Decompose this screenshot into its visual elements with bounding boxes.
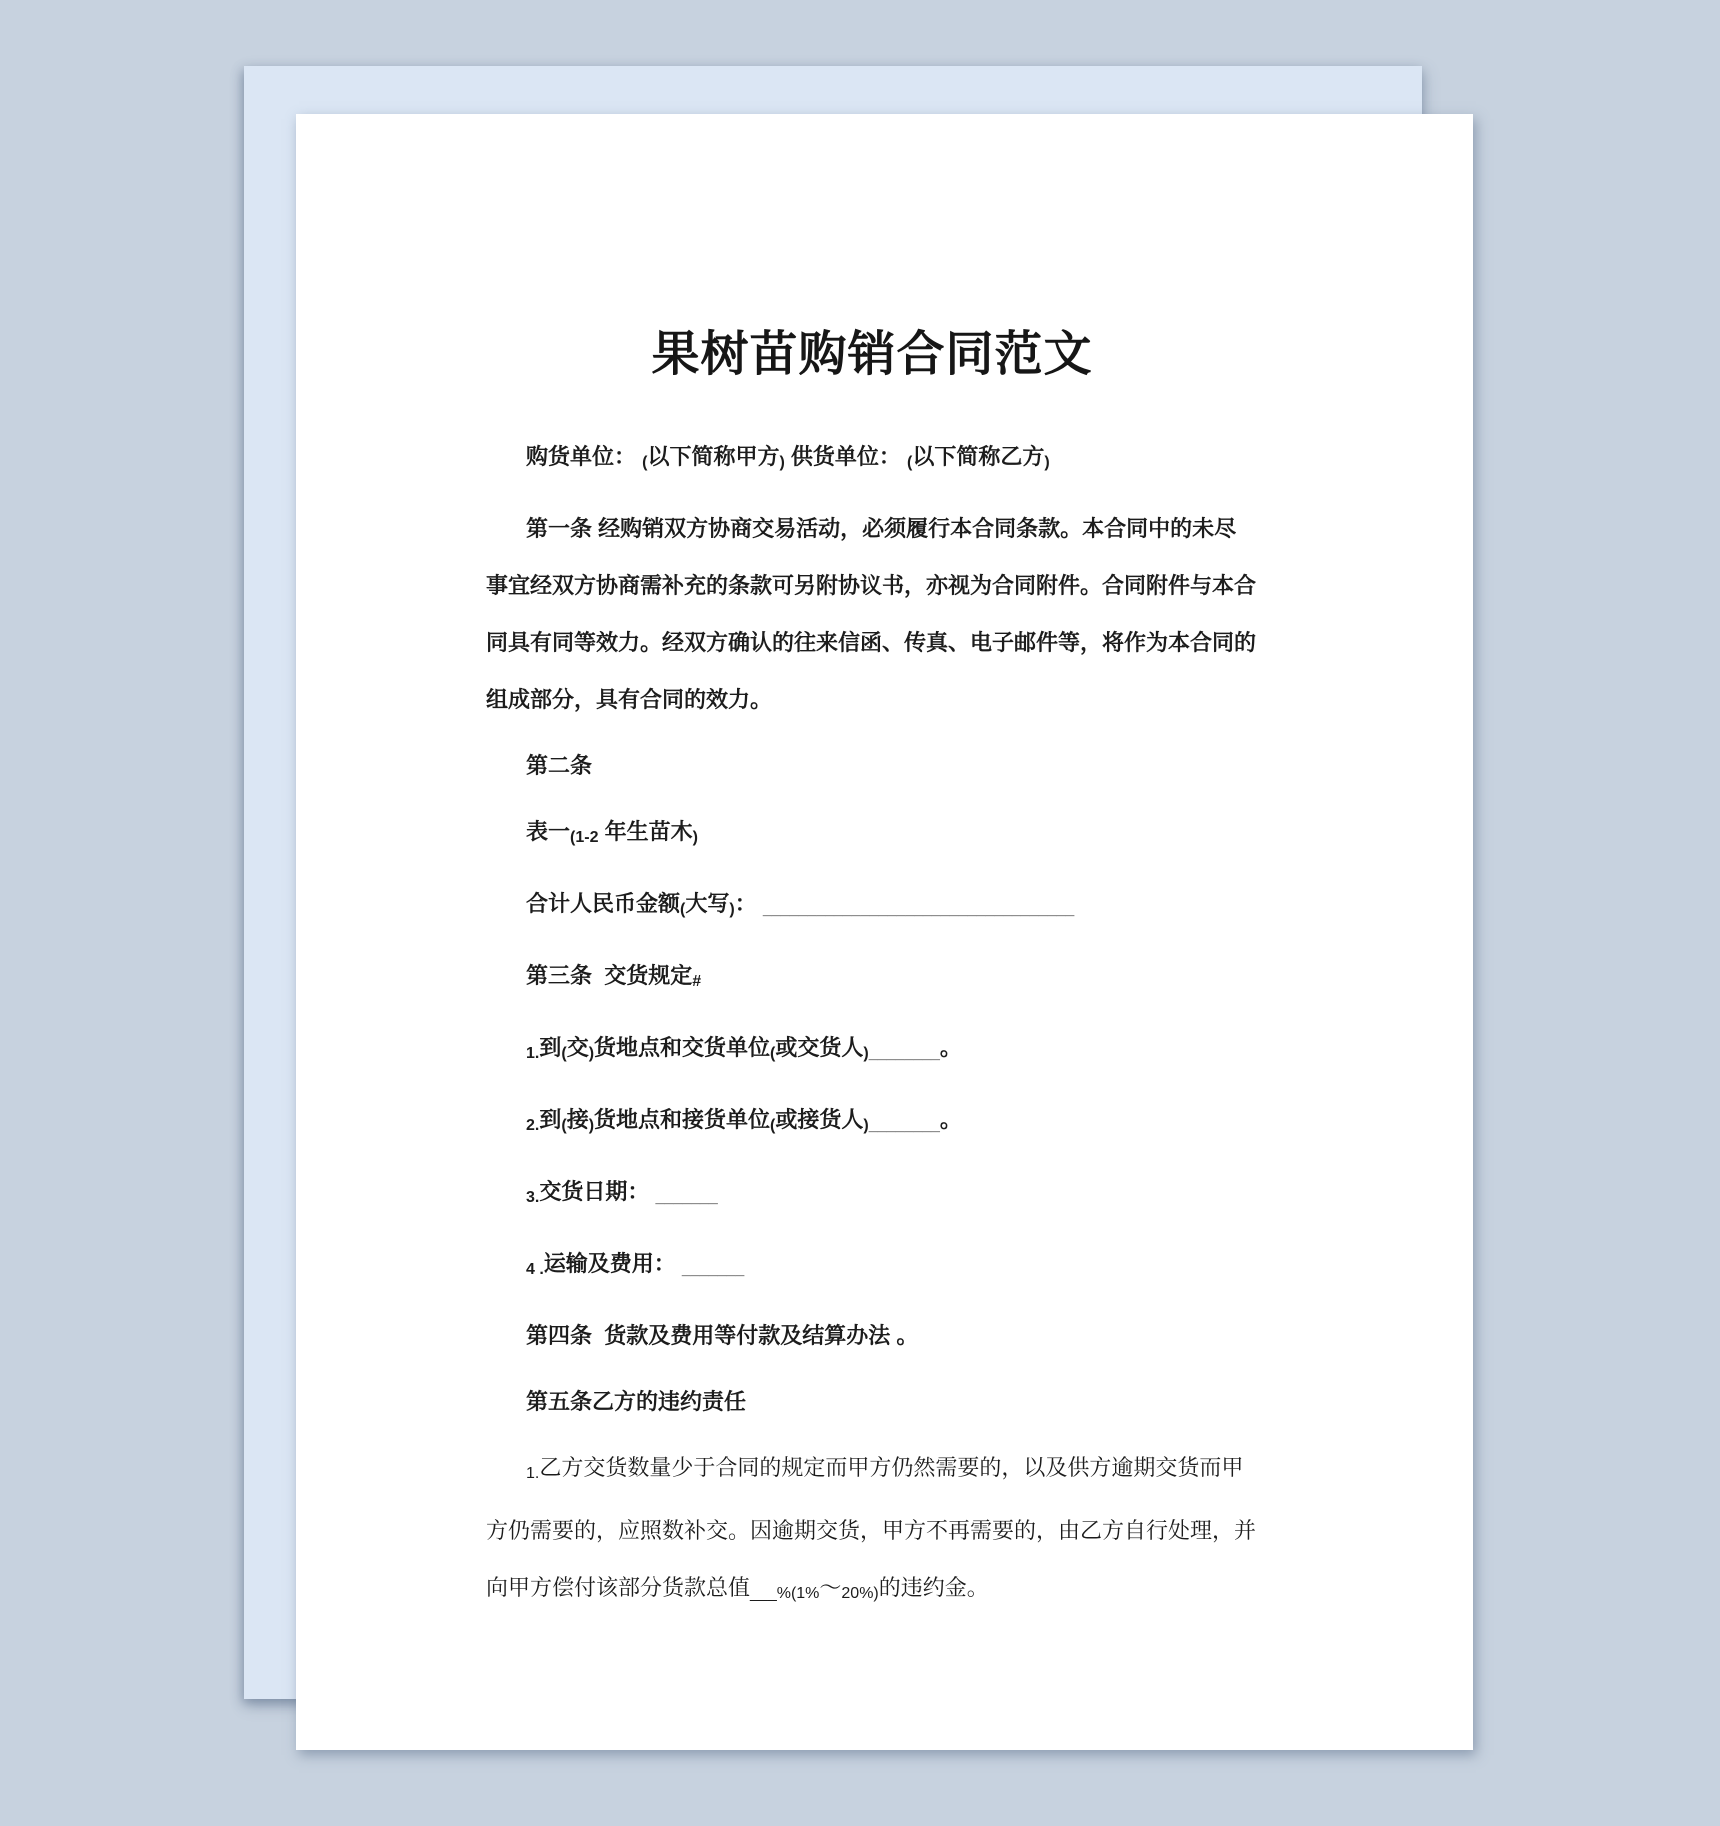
article-5: 第五条乙方的违约责任 [486,1373,1258,1430]
delivery-item-4: 4 .运输及费用： _______ [486,1235,1258,1298]
cjk-text-run: 到 [539,1107,561,1132]
ascii-text-run: 1. [526,1045,539,1062]
cjk-text-run: 货地点和接货单位 [594,1107,770,1132]
cjk-text-run: 组成部分，具有合同的效力。 [486,687,772,712]
cjk-text-run: 的违约金。 [879,1575,989,1600]
ascii-text-run: ________ [869,1117,940,1134]
cjk-text-run: 交 [567,1035,589,1060]
cjk-text-run: 购货单位： [526,444,642,469]
ascii-text-run: ) [693,829,698,846]
cjk-text-run: 或接货人 [775,1107,863,1132]
cjk-text-run: 第四条 货款及费用等付款及结算办法 。 [526,1323,918,1348]
document-line: 表一(1-2 年生苗木) [486,803,1258,866]
document-title: 果树苗购销合同范文 [486,325,1258,385]
parties-line: 购货单位： (以下简称甲方) 供货单位： (以下简称乙方) [486,428,1258,491]
delivery-item-3: 3.交货日期： _______ [486,1163,1258,1226]
cjk-text-run: 合计人民币金额 [526,891,680,916]
ascii-text-run: ________ [869,1045,940,1062]
table-1-label: 表一(1-2 年生苗木) [486,803,1258,866]
cjk-text-run: 接 [567,1107,589,1132]
ascii-text-run: ___%(1% [750,1585,819,1602]
cjk-text-run: 同具有同等效力。经双方确认的往来信函、传真、电子邮件等，将作为本合同的 [486,630,1256,655]
breach-clause: 1.乙方交货数量少于合同的规定而甲方仍然需要的，以及供方逾期交货而甲方仍需要的，… [486,1439,1258,1622]
document-line: 1.到(交)货地点和交货单位(或交货人)________。 [486,1019,1258,1082]
ascii-text-run: 1. [526,1465,539,1482]
ascii-text-run: _______ [682,1261,744,1278]
cjk-text-run: 供货单位： [785,444,907,469]
cjk-text-run: ： [735,891,763,916]
document-line: 方仍需要的，应照数补交。因逾期交货，甲方不再需要的，由乙方自行处理，并 [486,1502,1258,1559]
document-line: 2.到(接)货地点和接货单位(或接货人)________。 [486,1091,1258,1154]
ascii-text-run: _______ [655,1189,717,1206]
cjk-text-run: 到 [539,1035,561,1060]
article-1: 第一条 经购销双方协商交易活动，必须履行本合同条款。本合同中的未尽事宜经双方协商… [486,500,1258,728]
total-amount-line: 合计人民币金额(大写)： ___________________________… [486,875,1258,938]
document-line: 购货单位： (以下简称甲方) 供货单位： (以下简称乙方) [486,428,1258,491]
cjk-text-run: 大写 [685,891,729,916]
cjk-text-run: 〜 [819,1575,841,1600]
ascii-text-run: ) [1044,454,1049,471]
cjk-text-run: 乙方交货数量少于合同的规定而甲方仍然需要的，以及供方逾期交货而甲 [539,1455,1243,1480]
ascii-text-run: (1-2 [570,829,598,846]
cjk-text-run: 年生苗木 [598,819,692,844]
document-line: 第一条 经购销双方协商交易活动，必须履行本合同条款。本合同中的未尽 [486,500,1258,557]
article-3: 第三条 交货规定# [486,947,1258,1010]
cjk-text-run: 。 [940,1035,962,1060]
cjk-text-run: 。 [940,1107,962,1132]
document-line: 1.乙方交货数量少于合同的规定而甲方仍然需要的，以及供方逾期交货而甲 [486,1439,1258,1502]
document-line: 同具有同等效力。经双方确认的往来信函、传真、电子邮件等，将作为本合同的 [486,614,1258,671]
ascii-text-run: 3. [526,1189,539,1206]
document-line: 4 .运输及费用： _______ [486,1235,1258,1298]
ascii-text-run: 4 . [526,1261,544,1278]
ascii-text-run: # [692,973,701,990]
ascii-text-run: ___________________________________ [763,901,1074,918]
document-body: 购货单位： (以下简称甲方) 供货单位： (以下简称乙方)第一条 经购销双方协商… [486,428,1258,1622]
document-line: 第二条 [486,737,1258,794]
document-line: 事宜经双方协商需补充的条款可另附协议书，亦视为合同附件。合同附件与本合 [486,557,1258,614]
cjk-text-run: 第一条 经购销双方协商交易活动，必须履行本合同条款。本合同中的未尽 [526,516,1236,541]
cjk-text-run: 向甲方偿付该部分货款总值 [486,1575,750,1600]
cjk-text-run: 第二条 [526,753,592,778]
cjk-text-run: 方仍需要的，应照数补交。因逾期交货，甲方不再需要的，由乙方自行处理，并 [486,1518,1256,1543]
document-line: 第四条 货款及费用等付款及结算办法 。 [486,1307,1258,1364]
cjk-text-run: 或交货人 [775,1035,863,1060]
contract-page: 果树苗购销合同范文 购货单位： (以下简称甲方) 供货单位： (以下简称乙方)第… [296,114,1473,1750]
desktop-background: 果树苗购销合同范文 购货单位： (以下简称甲方) 供货单位： (以下简称乙方)第… [0,0,1720,1826]
document-line: 3.交货日期： _______ [486,1163,1258,1226]
delivery-item-2: 2.到(接)货地点和接货单位(或接货人)________。 [486,1091,1258,1154]
cjk-text-run: 第三条 交货规定 [526,963,692,988]
cjk-text-run: 以下简称甲方 [647,444,779,469]
cjk-text-run: 交货日期： [539,1179,655,1204]
document-line: 第五条乙方的违约责任 [486,1373,1258,1430]
cjk-text-run: 事宜经双方协商需补充的条款可另附协议书，亦视为合同附件。合同附件与本合 [486,573,1256,598]
document-line: 向甲方偿付该部分货款总值___%(1%〜20%)的违约金。 [486,1559,1258,1622]
cjk-text-run: 以下简称乙方 [912,444,1044,469]
document-line: 合计人民币金额(大写)： ___________________________… [486,875,1258,938]
article-4: 第四条 货款及费用等付款及结算办法 。 [486,1307,1258,1364]
ascii-text-run: 2. [526,1117,539,1134]
document-line: 第三条 交货规定# [486,947,1258,1010]
cjk-text-run: 表一 [526,819,570,844]
cjk-text-run: 运输及费用： [544,1251,682,1276]
ascii-text-run: 20%) [841,1585,878,1602]
document-line: 组成部分，具有合同的效力。 [486,671,1258,728]
delivery-item-1: 1.到(交)货地点和交货单位(或交货人)________。 [486,1019,1258,1082]
article-2: 第二条 [486,737,1258,794]
cjk-text-run: 第五条乙方的违约责任 [526,1389,746,1414]
cjk-text-run: 货地点和交货单位 [594,1035,770,1060]
